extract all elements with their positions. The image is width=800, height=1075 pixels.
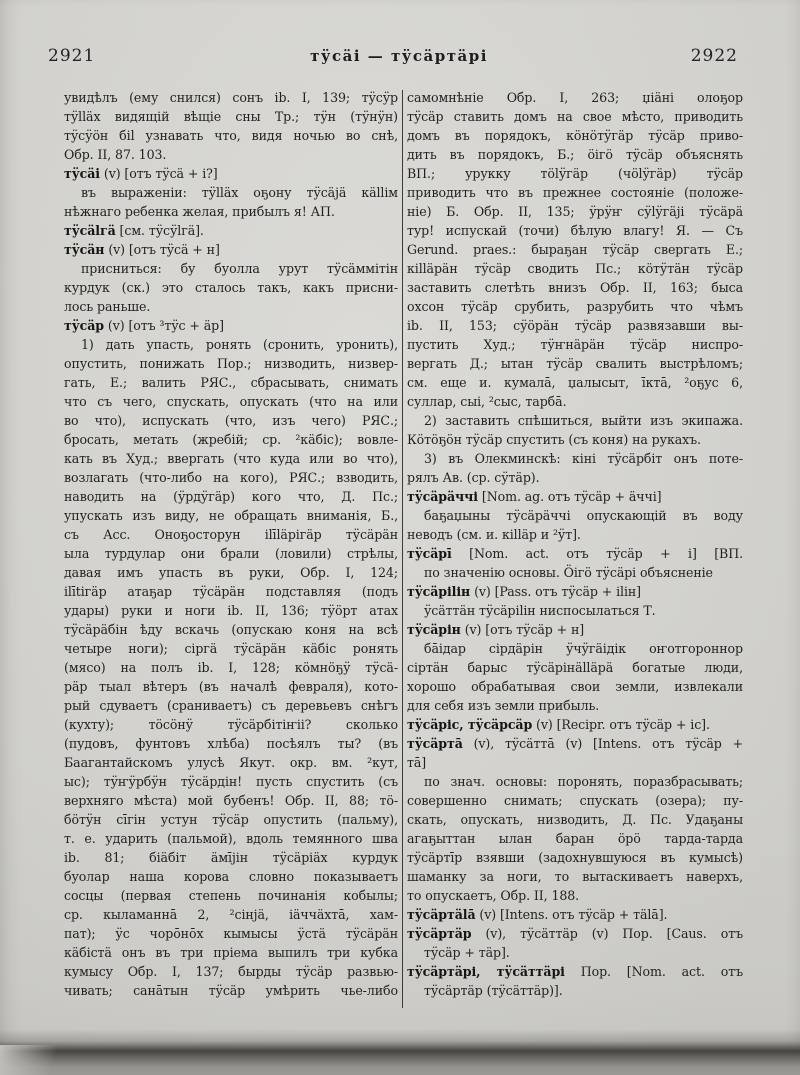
text-line: четыре ноги); сіргä тӱсäрäн кäбіс ронять [64, 639, 398, 658]
text-line: сіртäн барыс тӱсäрінälläрä богатые люди, [407, 658, 743, 677]
text-line: суллар, сыі, ²сыс, тарбā. [407, 392, 743, 411]
text-line: заставить слетѣть внизъ Обр. II, 163; бы… [407, 278, 743, 297]
text-line: Кöтöҕöн тӱсäр спустить (съ коня) на рука… [407, 430, 743, 449]
text-line: (кухту); тöсöнӱ тӱсäрбітіҥіі? сколько [64, 715, 398, 734]
text-line: давая имъ упасть въ руки, Обр. I, 124; [64, 563, 398, 582]
text-line: кать въ Худ.; ввергать (что куда или во … [64, 449, 398, 468]
text-line: охсон тӱсäр срубить, разрубить что чѣмъ [407, 297, 743, 316]
right-column: самомнѣніе Обр. I, 263; џіäні олоҕортӱсä… [407, 88, 743, 1008]
text-line: домъ въ порядокъ, кöнöтӱгäр тӱсäр приво- [407, 126, 743, 145]
text-line: самомнѣніе Обр. I, 263; џіäні олоҕор [407, 88, 743, 107]
page-header: 2921 тӱсäі — тӱсäртäрі 2922 [48, 46, 738, 66]
text-line: тӱсäрäччі [Nom. ag. отъ тӱсäр + äччі] [407, 487, 743, 506]
text-columns: увидѣлъ (ему снился) сонъ ib. I, 139; тӱ… [64, 88, 743, 1008]
text-line: тӱсäр + тäр]. [407, 943, 743, 962]
text-line: см. еще и. кумалā, џалысыт, īктā, ²оҕус … [407, 373, 743, 392]
text-line: верхняго мѣста) мой бубенъ! Обр. II, 88;… [64, 791, 398, 810]
text-line: лось раньше. [64, 297, 398, 316]
text-line: во что), испускать (что, изъ чего) РЯС.; [64, 411, 398, 430]
page-number-right: 2922 [691, 46, 738, 66]
text-line: тӱсӱöн біl узнавать что, видя ночью во с… [64, 126, 398, 145]
text-line: тӱсäртā (v), тӱсäттā (v) [Intens. отъ тӱ… [407, 734, 743, 753]
text-line: сосцы (первая степень починанія кобылы; [64, 886, 398, 905]
text-line: Баагантайскомъ улусѣ Якут. окр. вм. ²кут… [64, 753, 398, 772]
text-line: тӱсäртäр (v), тӱсäттäр (v) Пор. [Caus. о… [407, 924, 743, 943]
text-line: тӱсäртäрі, тӱсäттäрі Пор. [Nom. act. отъ [407, 962, 743, 981]
text-line: тӱсäн (v) [отъ тӱсä + н] [64, 240, 398, 259]
text-line: то опускаетъ, Обр. II, 188. [407, 886, 743, 905]
text-line: въ выраженіи: тӱlläх оҕону тӱсäjä кällім [64, 183, 398, 202]
text-line: скать, опускать, низводить, Д. Пс. Удаҕа… [407, 810, 743, 829]
text-line: (пудовъ, фунтовъ хлѣба) посѣялъ ты? (въ [64, 734, 398, 753]
text-line: курдук (ск.) это сталось такъ, какъ прис… [64, 278, 398, 297]
text-line: опустить, понижать Пор.; низводить, низв… [64, 354, 398, 373]
text-line: рялъ Ав. (ср. сӱтäр). [407, 468, 743, 487]
text-line: шаманку за ноги, то вытаскиваетъ наверхъ… [407, 867, 743, 886]
text-line: дить въ порядокъ, Б.; öігö тӱсäр объясня… [407, 145, 743, 164]
text-line: совершенно снимать; спускать (озера); пу… [407, 791, 743, 810]
text-line: 3) въ Олекминскѣ: кіні тӱсäрбіт онъ поте… [407, 449, 743, 468]
text-line: возлагать (что-либо на кого), РЯС.; взво… [64, 468, 398, 487]
text-line: тӱсäрäбін ѣду вскачь (опускаю коня на вс… [64, 620, 398, 639]
text-line: для себя изъ земли прибыль. [407, 696, 743, 715]
text-line: тӱсäртälā (v) [Intens. отъ тӱсäр + тälā]… [407, 905, 743, 924]
text-line: бросать, метать (жребій; ср. ²кäбіс); во… [64, 430, 398, 449]
text-line: неводъ (см. и. кіlläр и ²ӱт]. [407, 525, 743, 544]
text-line: іlītiгäр атаҕар тӱсäрäн подставляя (подъ [64, 582, 398, 601]
left-column: увидѣлъ (ему снился) сонъ ib. I, 139; тӱ… [64, 88, 398, 1008]
text-line: тӱсäр ставить домъ на свое мѣсто, привод… [407, 107, 743, 126]
text-line: тӱсäрī [Nom. act. отъ тӱсäр + і] [ВП. [407, 544, 743, 563]
text-line: по знач. основы: поронять, поразбрасыват… [407, 772, 743, 791]
text-line: кіlläрäн тӱсäр сводить Пс.; кöтӱтäн тӱсä… [407, 259, 743, 278]
text-line: удары) руки и ноги ib. II, 136; тӱöрт ат… [64, 601, 398, 620]
text-line: нѣжнаго ребенка желая, прибылъ я! АП. [64, 202, 398, 221]
text-line: 1) дать упасть, ронять (сронить, уронить… [64, 335, 398, 354]
text-line: что съ чего, спускать, опускать (что на … [64, 392, 398, 411]
text-line: упускать изъ виду, не обращать вниманія,… [64, 506, 398, 525]
text-line: кäбістä онъ въ три пріема выпилъ три куб… [64, 943, 398, 962]
scan-bottom-shadow [0, 1029, 800, 1075]
text-line: ВП.; урукку тölӱгäр (чölӱгäр) тӱсäр [407, 164, 743, 183]
text-line: по значенію основы. Öігö тӱсäрі объяснен… [407, 563, 743, 582]
text-line: хорошо обрабатывая свои земли, извлекали [407, 677, 743, 696]
text-line: пат); ӱс чорōнōх кымысы ӱстä тӱсäрäн [64, 924, 398, 943]
text-line: ib. 81; біäбіт äмījін тӱсäріäх курдук [64, 848, 398, 867]
text-line: т. е. ударить (пальмой), вдоль темянного… [64, 829, 398, 848]
text-line: приводить что въ прежнее состояніе (поло… [407, 183, 743, 202]
text-line: рый сдуваетъ (сраниваетъ) съ деревьевъ с… [64, 696, 398, 715]
text-line: тӱсäртīр взявши (задохнувшуюся въ кумысѣ… [407, 848, 743, 867]
text-line: бöтӱн сīгін устун тӱсäр опустить (пальму… [64, 810, 398, 829]
text-line: тӱсäртäр (тӱсäттäр)]. [407, 981, 743, 1000]
text-line: пустить Худ.; тӱҥнäрäн тӱсäр ниспро- [407, 335, 743, 354]
running-title: тӱсäі — тӱсäртäрі [310, 47, 488, 65]
text-line: кумысу Обр. I, 137; бырды тӱсäр развью- [64, 962, 398, 981]
text-line: съ Асс. Оноҕосторун іlīläрігäр тӱсäрäн [64, 525, 398, 544]
text-line: тӱсäрін (v) [отъ тӱсäр + н] [407, 620, 743, 639]
text-line: ніе) Б. Обр. II, 135; ӱрӱҥ сӱlӱгäji тӱсä… [407, 202, 743, 221]
text-line: чивать; санāтын тӱсäр умѣрить чье-либо [64, 981, 398, 1000]
text-line: баҕаџыны тӱсäрäччі опускающій въ воду [407, 506, 743, 525]
text-line: присниться: бу буолла урут тӱсäммітін [64, 259, 398, 278]
text-line: ib. II, 153; сӱöрäн тӱсäр развязавши вы- [407, 316, 743, 335]
text-line: ыс); тӱҥӱрбӱн тӱсäрдін! пусть спустить (… [64, 772, 398, 791]
text-line: тӱсäріс, тӱсäрсäр (v) [Recipr. отъ тӱсäр… [407, 715, 743, 734]
text-line: ср. кыламаннā 2, ²сінjä, іäччäхтā, хам- [64, 905, 398, 924]
text-line: вергать Д.; ытан тӱсäр свалить выстрѣлом… [407, 354, 743, 373]
text-line: увидѣлъ (ему снился) сонъ ib. I, 139; тӱ… [64, 88, 398, 107]
text-line: бāідар сірдäрін ӱчӱгäідік оҥотгороннор [407, 639, 743, 658]
text-line: Обр. II, 87. 103. [64, 145, 398, 164]
text-line: Gerund. praes.: быраҕан тӱсäр свергать Е… [407, 240, 743, 259]
text-line: 2) заставить спѣшиться, выйти изъ экипаж… [407, 411, 743, 430]
text-line: тӱlläх видящій вѣщіе сны Тр.; тӱн (тӱнӱн… [64, 107, 398, 126]
text-line: тā] [407, 753, 743, 772]
text-line: ыла турдулар они брали (ловили) стрѣлы, [64, 544, 398, 563]
text-line: ӱсäттäн тӱсäріlін ниспосылаться Т. [407, 601, 743, 620]
text-line: тӱсäi (v) [отъ тӱсä + i?] [64, 164, 398, 183]
dictionary-page-scan: 2921 тӱсäі — тӱсäртäрі 2922 увидѣлъ (ему… [0, 0, 800, 1075]
text-line: агаҕыттан ылан баран öрö тарда-тарда [407, 829, 743, 848]
text-line: гать, Е.; валить РЯС., сбрасывать, снима… [64, 373, 398, 392]
text-line: тӱсäр (v) [отъ ³тӱс + äр] [64, 316, 398, 335]
text-line: тӱсälгä [см. тӱсӱlгä]. [64, 221, 398, 240]
text-line: тур! испускай (точи) бѣлую влагу! Я. — С… [407, 221, 743, 240]
text-line: тӱсäріlін (v) [Pass. отъ тӱсäр + ilін] [407, 582, 743, 601]
column-divider [402, 90, 403, 1008]
text-line: буолар наша корова словно показываетъ [64, 867, 398, 886]
text-line: (мясо) на полъ ib. I, 128; кöмнöҕӱ тӱсä- [64, 658, 398, 677]
text-line: рäр тыал вѣтеръ (въ началѣ февраля), кот… [64, 677, 398, 696]
text-line: наводить на (ӱрдӱгäр) кого что, Д. Пс.; [64, 487, 398, 506]
page-number-left: 2921 [48, 46, 95, 66]
